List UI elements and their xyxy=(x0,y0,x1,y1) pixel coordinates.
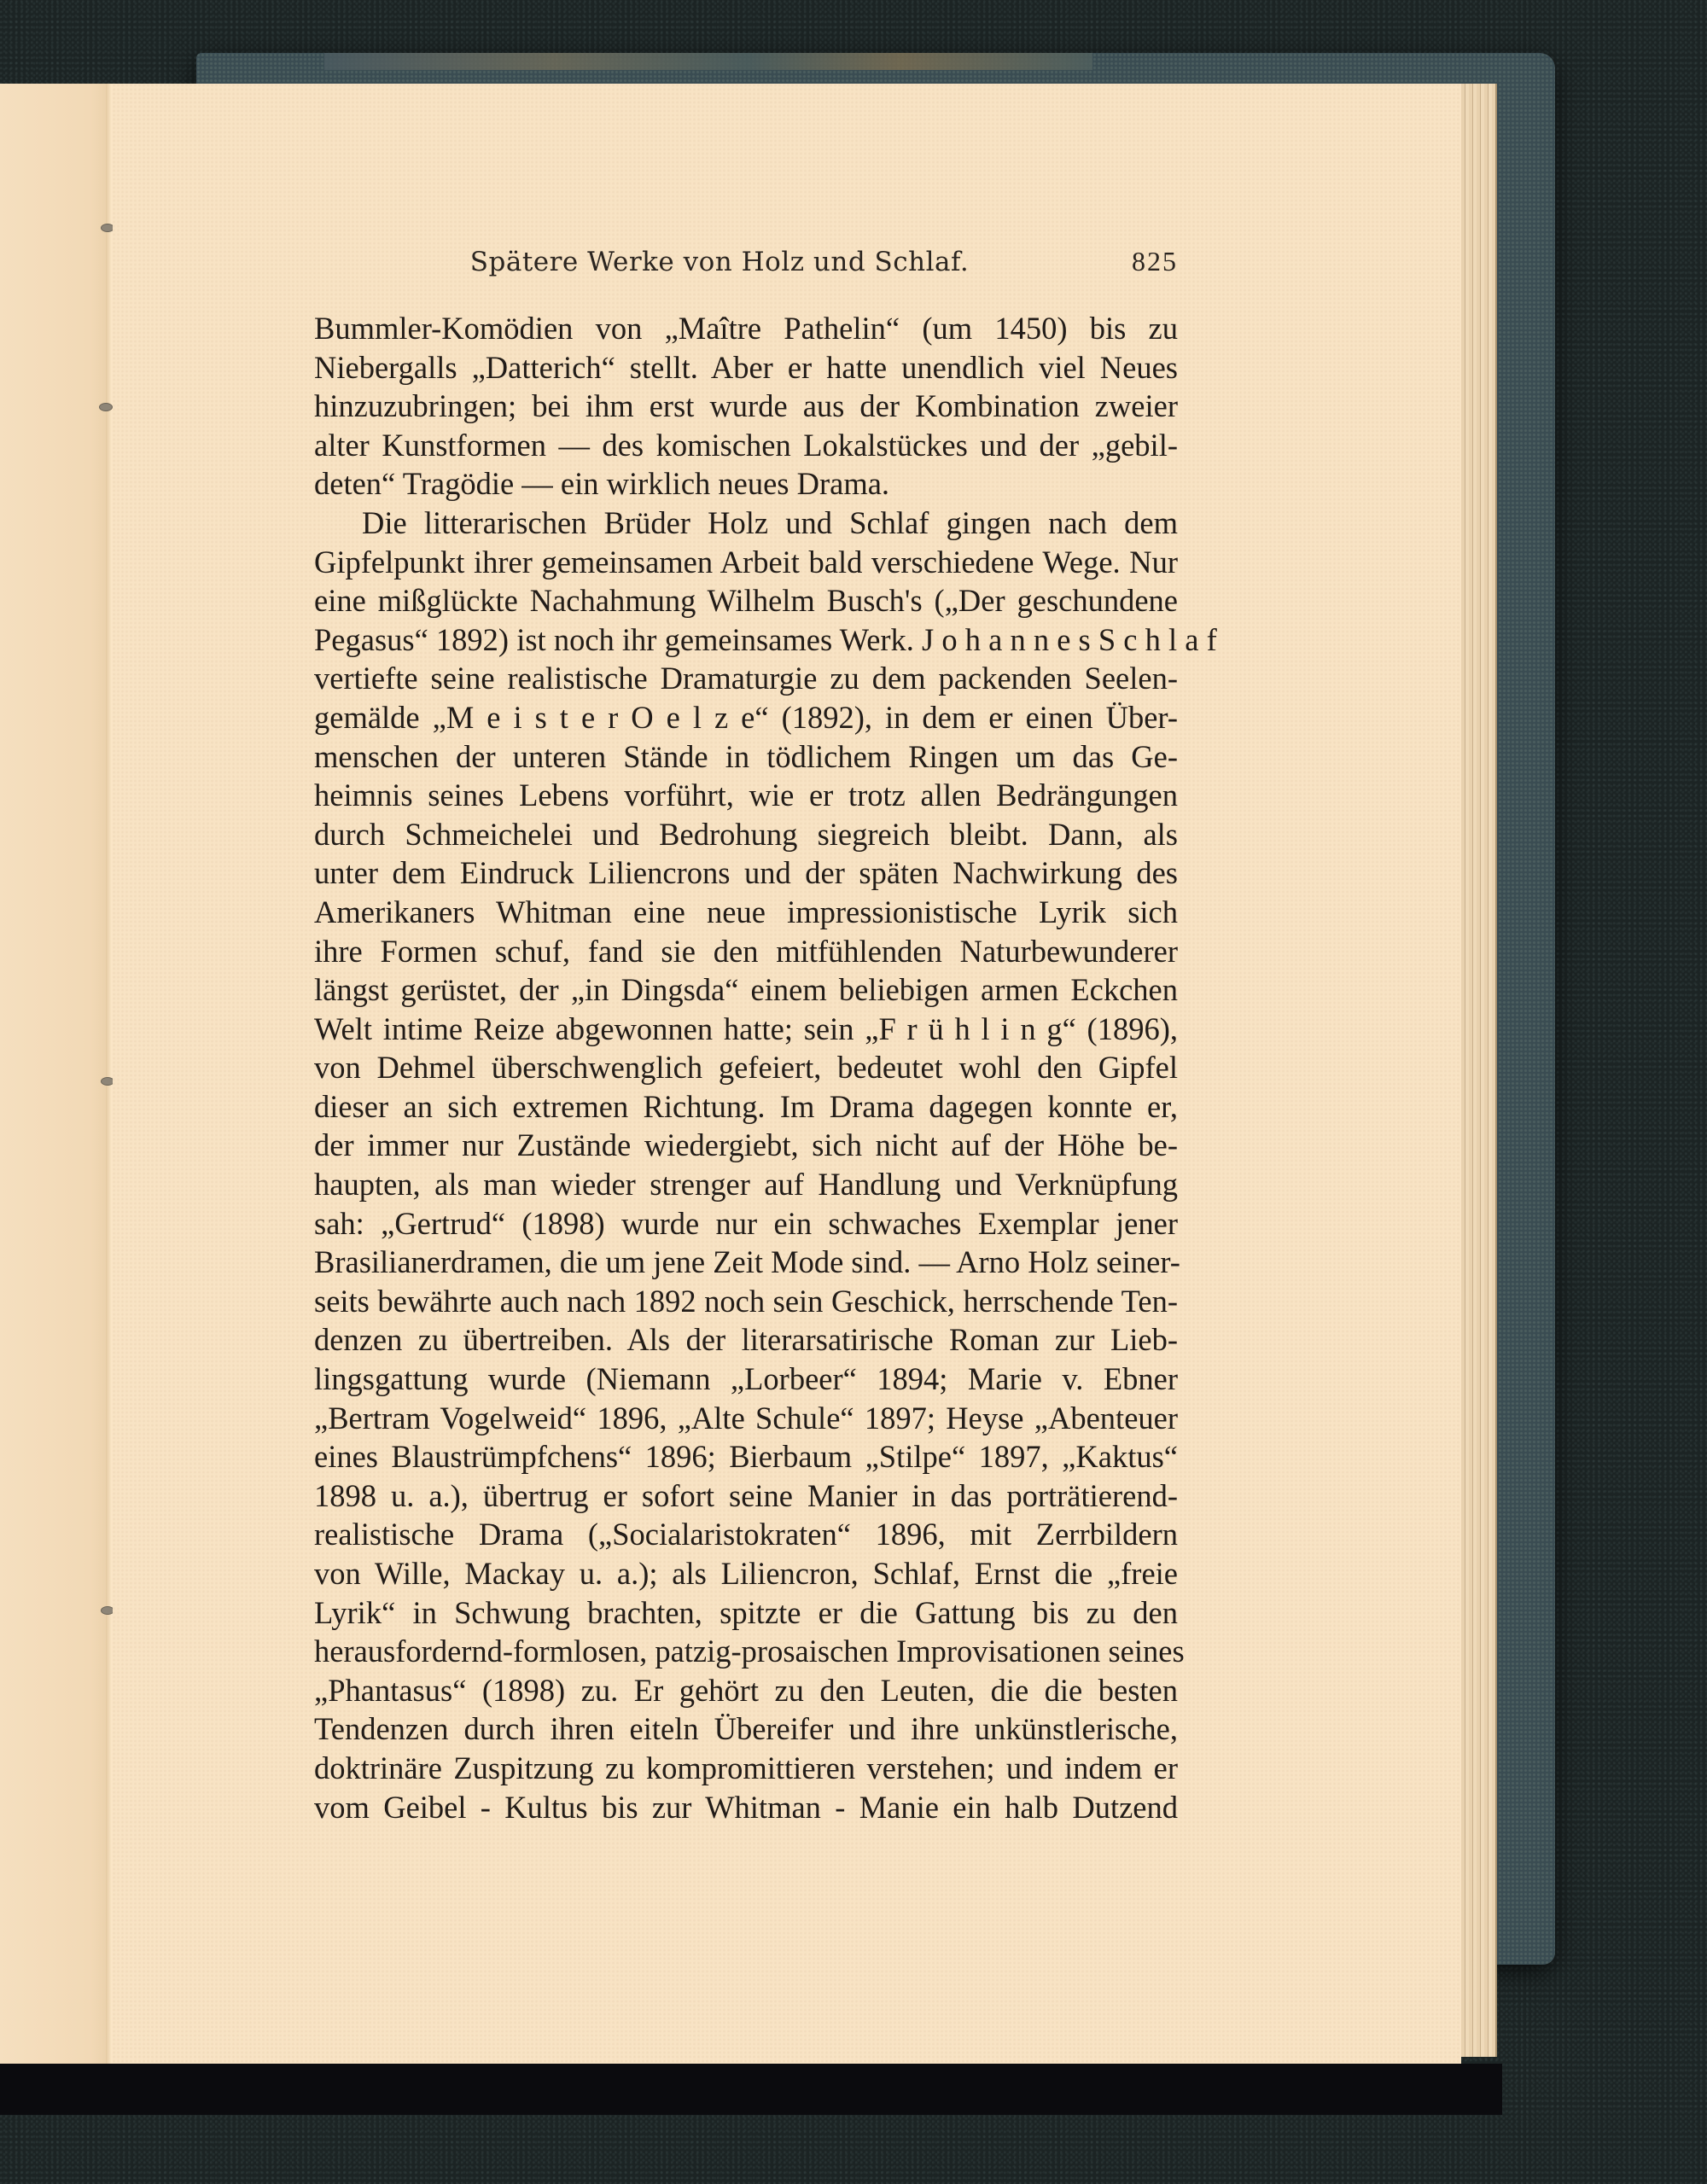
text-line: durch Schmeichelei und Bedrohung siegrei… xyxy=(314,815,1178,854)
text-line: seits bewährte auch nach 1892 noch sein … xyxy=(314,1282,1178,1321)
text-line: lingsgattung wurde (Niemann „Lorbeer“ 18… xyxy=(314,1360,1178,1399)
text-line: eines Blaustrümpfchens“ 1896; Bierbaum „… xyxy=(314,1437,1178,1476)
text-line: Brasilianerdramen, die um jene Zeit Mode… xyxy=(314,1243,1178,1282)
text-line: von Wille, Mackay u. a.); als Liliencron… xyxy=(314,1554,1178,1593)
text-line: dieser an sich extremen Richtung. Im Dra… xyxy=(314,1087,1178,1127)
text-line: sah: „Gertrud“ (1898) wurde nur ein schw… xyxy=(314,1204,1178,1243)
cover-worn-edge xyxy=(324,53,1092,70)
text-line: vertiefte seine realistische Dramaturgie… xyxy=(314,659,1178,698)
body-text: Bummler-Komödien von „Maître Pathelin“ (… xyxy=(314,309,1178,1826)
text-line: unter dem Eindruck Liliencrons und der s… xyxy=(314,853,1178,893)
text-line: realistische Drama („Socialaristokraten“… xyxy=(314,1515,1178,1554)
text-line: vom Geibel - Kultus bis zur Whitman - Ma… xyxy=(314,1788,1178,1827)
running-header: Spätere Werke von Holz und Schlaf. 825 xyxy=(307,246,1178,277)
text-line: der immer nur Zustände wiedergiebt, sich… xyxy=(314,1126,1178,1165)
text-line: denzen zu übertreiben. Als der literarsa… xyxy=(314,1320,1178,1360)
binding-stitch-icon xyxy=(99,403,113,411)
text-line: ihre Formen schuf, fand sie den mitfühle… xyxy=(314,932,1178,971)
text-line: doktrinäre Zuspitzung zu kompromittieren… xyxy=(314,1749,1178,1788)
text-line: Amerikaners Whitman eine neue impression… xyxy=(314,893,1178,932)
text-line: „Bertram Vogelweid“ 1896, „Alte Schule“ … xyxy=(314,1399,1178,1438)
text-line: Gipfelpunkt ihrer gemeinsamen Arbeit bal… xyxy=(314,543,1178,582)
text-line: von Dehmel überschwenglich gefeiert, bed… xyxy=(314,1048,1178,1087)
text-line: deten“ Tragödie — ein wirklich neues Dra… xyxy=(314,464,1178,504)
text-line: eine mißglückte Nachahmung Wilhelm Busch… xyxy=(314,581,1178,620)
left-page-edge xyxy=(0,84,113,2064)
text-line: Niebergalls „Datterich“ stellt. Aber er … xyxy=(314,348,1178,387)
page-number: 825 xyxy=(1132,246,1178,277)
page-edges-stack xyxy=(1461,84,1497,2057)
running-title: Spätere Werke von Holz und Schlaf. xyxy=(307,247,1132,277)
text-line: menschen der unteren Stände in tödlichem… xyxy=(314,737,1178,777)
text-line: heimnis seines Lebens vorführt, wie er t… xyxy=(314,776,1178,815)
text-line: 1898 u. a.), übertrug er sofort seine Ma… xyxy=(314,1476,1178,1516)
text-line: Lyrik“ in Schwung brachten, spitzte er d… xyxy=(314,1593,1178,1633)
text-line: „Phantasus“ (1898) zu. Er gehört zu den … xyxy=(314,1671,1178,1710)
text-line: haupten, als man wieder strenger auf Han… xyxy=(314,1165,1178,1204)
text-line: gemälde „M e i s t e r O e l z e“ (1892)… xyxy=(314,698,1178,737)
bottom-shadow xyxy=(0,2064,1502,2115)
text-line: Tendenzen durch ihren eiteln Übereifer u… xyxy=(314,1709,1178,1749)
text-line: Pegasus“ 1892) ist noch ihr gemeinsames … xyxy=(314,620,1178,660)
text-line: alter Kunstformen — des komischen Lokals… xyxy=(314,426,1178,465)
text-line: hinzuzubringen; bei ihm erst wurde aus d… xyxy=(314,387,1178,426)
text-line: Bummler-Komödien von „Maître Pathelin“ (… xyxy=(314,309,1178,348)
text-line: Die litterarischen Brüder Holz und Schla… xyxy=(314,504,1178,543)
text-line: herausfordernd-formlosen, patzig-prosais… xyxy=(314,1632,1178,1671)
text-line: Welt intime Reize abgewonnen hatte; sein… xyxy=(314,1010,1178,1049)
text-line: längst gerüstet, der „in Dingsda“ einem … xyxy=(314,970,1178,1010)
